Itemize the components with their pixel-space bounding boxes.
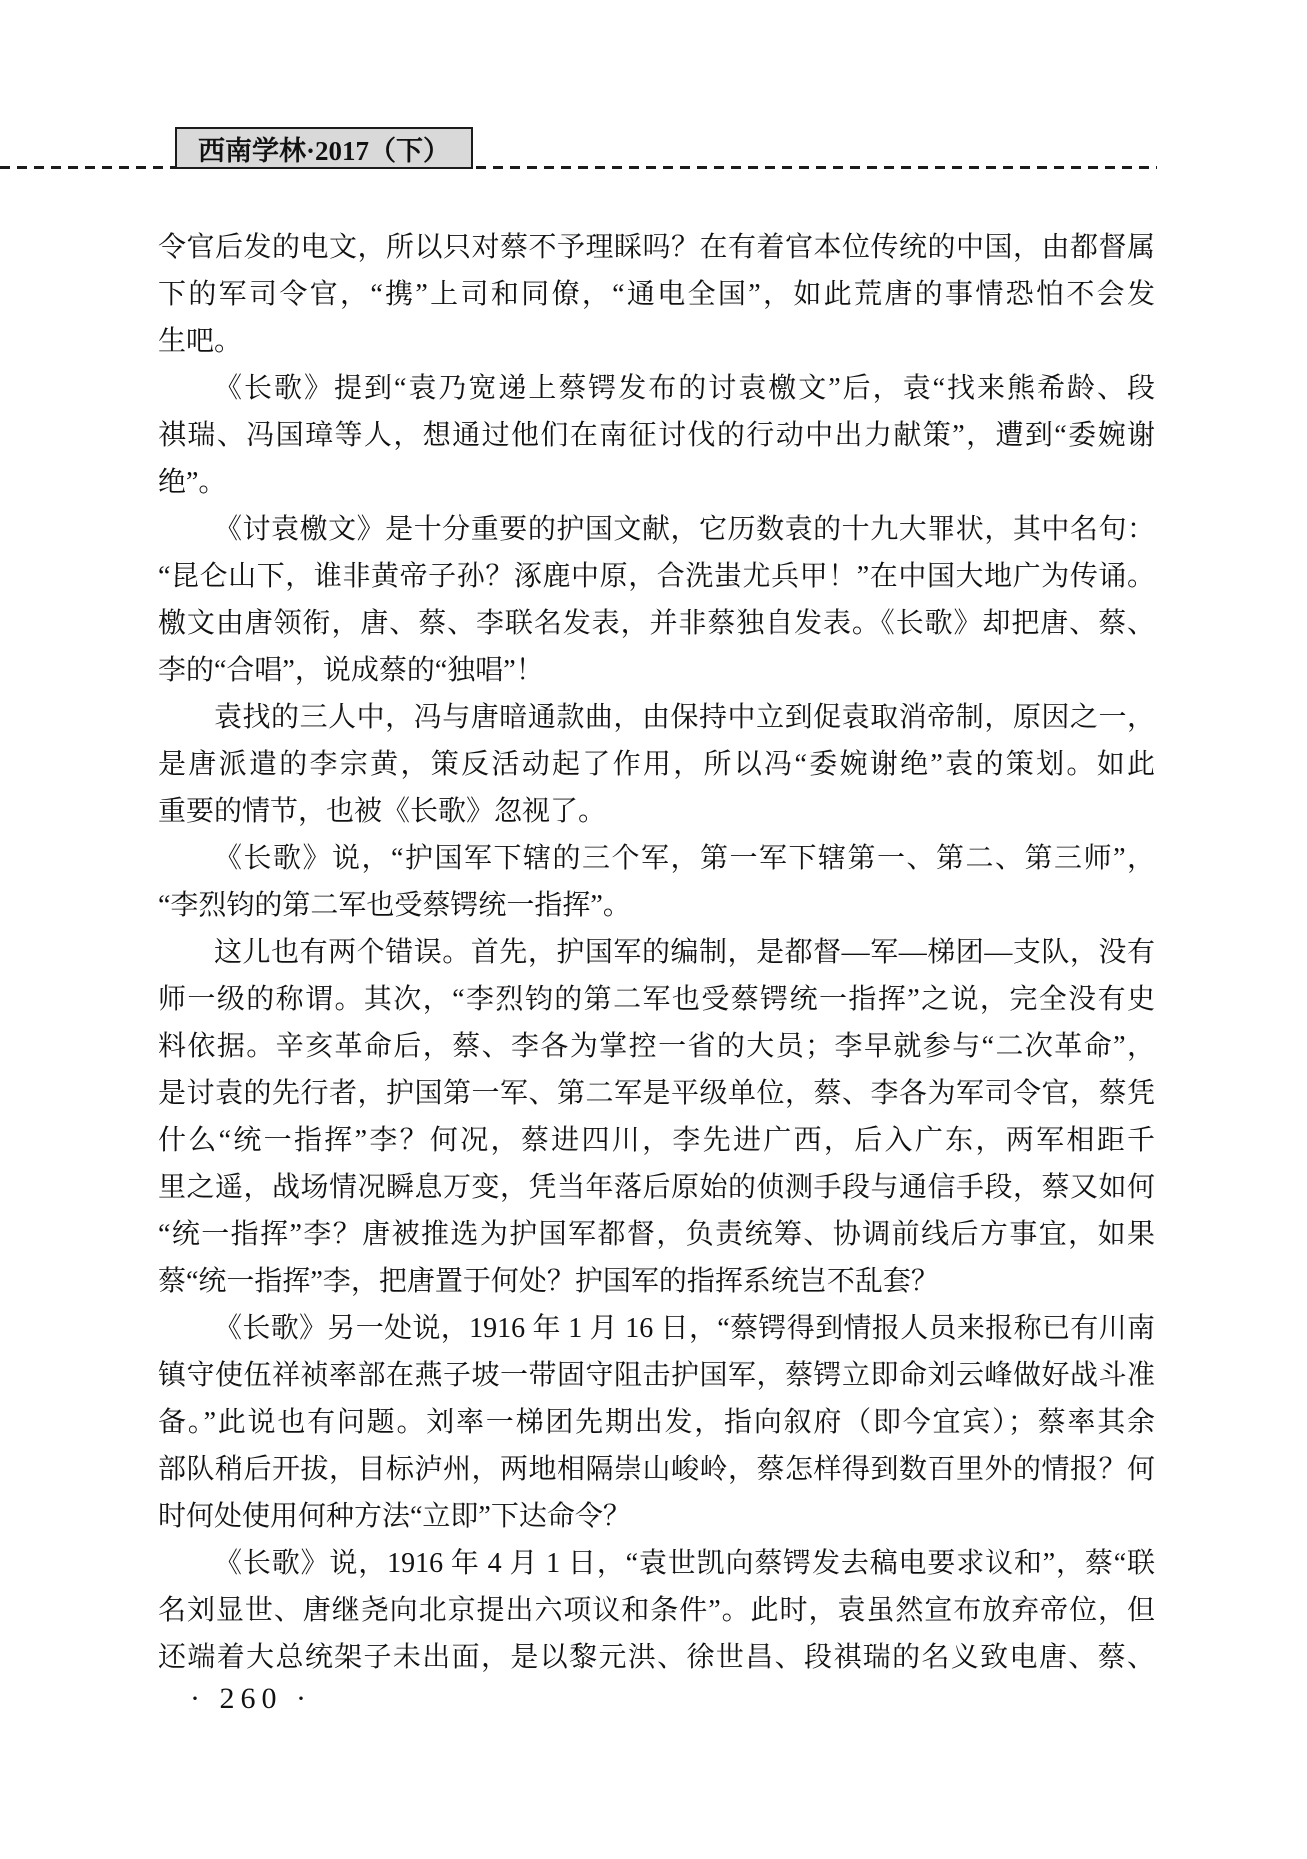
body-line: 生吧。 (158, 318, 1155, 365)
body-line: 料依据。辛亥革命后，蔡、李各为掌控一省的大员；李早就参与“二次革命”， (158, 1023, 1155, 1070)
body-line: 名刘显世、唐继尧向北京提出六项议和条件”。此时，袁虽然宣布放弃帝位，但 (158, 1587, 1155, 1634)
body-line: 令官后发的电文，所以只对蔡不予理睬吗？在有着官本位传统的中国，由都督属 (158, 224, 1155, 271)
body-line: 备。”此说也有问题。刘率一梯团先期出发，指向叙府（即今宜宾）；蔡率其余 (158, 1399, 1155, 1446)
document-page: 西南学林·2017（下） 令官后发的电文，所以只对蔡不予理睬吗？在有着官本位传统… (0, 0, 1307, 1859)
body-line: 是唐派遣的李宗黄，策反活动起了作用，所以冯“委婉谢绝”袁的策划。如此 (158, 741, 1155, 788)
body-text: 令官后发的电文，所以只对蔡不予理睬吗？在有着官本位传统的中国，由都督属下的军司令… (158, 224, 1155, 1681)
body-line: 《长歌》提到“袁乃宽递上蔡锷发布的讨袁檄文”后，袁“找来熊希龄、段 (158, 365, 1155, 412)
paragraph: 《长歌》说，1916 年 4 月 1 日，“袁世凯向蔡锷发去稿电要求议和”，蔡“… (158, 1540, 1155, 1681)
paragraph: 《长歌》提到“袁乃宽递上蔡锷发布的讨袁檄文”后，袁“找来熊希龄、段祺瑞、冯国璋等… (158, 365, 1155, 506)
body-line: 什么“统一指挥”李？何况，蔡进四川，李先进广西，后入广东，两军相距千 (158, 1117, 1155, 1164)
body-line: 师一级的称谓。其次，“李烈钧的第二军也受蔡锷统一指挥”之说，完全没有史 (158, 976, 1155, 1023)
body-line: 绝”。 (158, 459, 1155, 506)
body-line: “昆仑山下，谁非黄帝子孙？涿鹿中原，合洗蚩尤兵甲！”在中国大地广为传诵。 (158, 553, 1155, 600)
body-line: 蔡“统一指挥”李，把唐置于何处？护国军的指挥系统岂不乱套？ (158, 1258, 1155, 1305)
body-line: 《长歌》说，“护国军下辖的三个军，第一军下辖第一、第二、第三师”， (158, 835, 1155, 882)
body-line: 《讨袁檄文》是十分重要的护国文献，它历数袁的十九大罪状，其中名句： (158, 506, 1155, 553)
paragraph: 《长歌》说，“护国军下辖的三个军，第一军下辖第一、第二、第三师”，“李烈钧的第二… (158, 835, 1155, 929)
body-line: 下的军司令官，“携”上司和同僚，“通电全国”，如此荒唐的事情恐怕不会发 (158, 271, 1155, 318)
paragraph: 这儿也有两个错误。首先，护国军的编制，是都督—军—梯团—支队，没有师一级的称谓。… (158, 929, 1155, 1305)
header-dashed-rule (0, 166, 1157, 169)
body-line: 镇守使伍祥祯率部在燕子坡一带固守阻击护国军，蔡锷立即命刘云峰做好战斗准 (158, 1352, 1155, 1399)
body-line: 这儿也有两个错误。首先，护国军的编制，是都督—军—梯团—支队，没有 (158, 929, 1155, 976)
body-line: 里之遥，战场情况瞬息万变，凭当年落后原始的侦测手段与通信手段，蔡又如何 (158, 1164, 1155, 1211)
body-line: “统一指挥”李？唐被推选为护国军都督，负责统筹、协调前线后方事宜，如果 (158, 1211, 1155, 1258)
body-line: 是讨袁的先行者，护国第一军、第二军是平级单位，蔡、李各为军司令官，蔡凭 (158, 1070, 1155, 1117)
body-line: 檄文由唐领衔，唐、蔡、李联名发表，并非蔡独自发表。《长歌》却把唐、蔡、 (158, 600, 1155, 647)
body-line: 重要的情节，也被《长歌》忽视了。 (158, 788, 1155, 835)
body-line: 部队稍后开拔，目标泸州，两地相隔崇山峻岭，蔡怎样得到数百里外的情报？何 (158, 1446, 1155, 1493)
paragraph: 袁找的三人中，冯与唐暗通款曲，由保持中立到促袁取消帝制，原因之一，是唐派遣的李宗… (158, 694, 1155, 835)
body-line: 时何处使用何种方法“立即”下达命令？ (158, 1493, 1155, 1540)
paragraph: 令官后发的电文，所以只对蔡不予理睬吗？在有着官本位传统的中国，由都督属下的军司令… (158, 224, 1155, 365)
page-number: · 260 · (190, 1682, 312, 1716)
body-line: 《长歌》另一处说，1916 年 1 月 16 日，“蔡锷得到情报人员来报称已有川… (158, 1305, 1155, 1352)
body-line: 祺瑞、冯国璋等人，想通过他们在南征讨伐的行动中出力献策”，遭到“委婉谢 (158, 412, 1155, 459)
body-line: 李的“合唱”，说成蔡的“独唱”！ (158, 647, 1155, 694)
paragraph: 《讨袁檄文》是十分重要的护国文献，它历数袁的十九大罪状，其中名句：“昆仑山下，谁… (158, 506, 1155, 694)
body-line: 袁找的三人中，冯与唐暗通款曲，由保持中立到促袁取消帝制，原因之一， (158, 694, 1155, 741)
journal-title: 西南学林·2017（下） (198, 129, 450, 168)
paragraph: 《长歌》另一处说，1916 年 1 月 16 日，“蔡锷得到情报人员来报称已有川… (158, 1305, 1155, 1540)
body-line: 还端着大总统架子未出面，是以黎元洪、徐世昌、段祺瑞的名义致电唐、蔡、 (158, 1634, 1155, 1681)
body-line: 《长歌》说，1916 年 4 月 1 日，“袁世凯向蔡锷发去稿电要求议和”，蔡“… (158, 1540, 1155, 1587)
running-head-box: 西南学林·2017（下） (175, 127, 473, 169)
body-line: “李烈钧的第二军也受蔡锷统一指挥”。 (158, 882, 1155, 929)
